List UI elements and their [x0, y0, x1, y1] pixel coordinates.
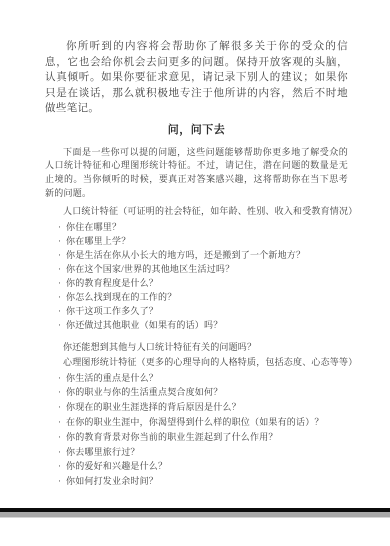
bullet-dot-icon: · [58, 445, 66, 460]
bullet-dot-icon: · [58, 400, 66, 415]
demographics-followup: 你还能想到其他与人口统计特征有关的问题吗？ [63, 341, 348, 354]
intro-paragraph: 你所听到的内容将会帮助你了解很多关于你的受众的信息，它也会给你机会去问更多的问题… [45, 39, 348, 117]
question-item: ·你在这个国家/世界的其他地区生活过吗？ [58, 262, 348, 276]
question-item: ·你的教育背景对你当前的职业生涯起到了什么作用？ [58, 430, 348, 445]
question-item: ·你去哪里旅行过？ [58, 445, 348, 460]
question-item: ·你是生活在你从小长大的地方吗，还是搬到了一个新地方？ [58, 248, 348, 262]
bullet-dot-icon: · [58, 248, 66, 262]
psychographics-question-list: ·你生活的重点是什么？·你的职业与你的生活重点契合度如何？·你现在的职业生涯选择… [45, 371, 348, 489]
question-text: 你住在哪里？ [66, 222, 121, 232]
question-item: ·你的教育程度是什么？ [58, 276, 348, 290]
question-text: 你在这个国家/世界的其他地区生活过吗？ [66, 264, 234, 274]
bullet-dot-icon: · [58, 304, 66, 318]
question-text: 你的职业与你的生活重点契合度如何？ [66, 387, 222, 397]
bullet-dot-icon: · [58, 318, 66, 332]
question-text: 你生活的重点是什么？ [66, 373, 158, 383]
bullet-dot-icon: · [58, 290, 66, 304]
question-item: ·你的职业与你的生活重点契合度如何？ [58, 385, 348, 400]
bullet-dot-icon: · [58, 474, 66, 489]
question-item: ·你的爱好和兴趣是什么？ [58, 459, 348, 474]
question-text: 你的爱好和兴趣是什么？ [66, 461, 167, 471]
question-text: 你在哪里上学？ [66, 236, 130, 246]
question-text: 在你的职业生涯中，你渴望得到什么样的职位（如果有的话）？ [66, 417, 324, 427]
question-text: 你如何打发业余时间？ [66, 476, 158, 486]
bullet-dot-icon: · [58, 220, 66, 234]
bullet-dot-icon: · [58, 459, 66, 474]
question-item: ·在你的职业生涯中，你渴望得到什么样的职位（如果有的话）？ [58, 415, 348, 430]
question-item: ·你现在的职业生涯选择的背后原因是什么？ [58, 400, 348, 415]
question-text: 你去哪里旅行过？ [66, 447, 140, 457]
question-item: ·你干这项工作多久了？ [58, 304, 348, 318]
page-content: 你所听到的内容将会帮助你了解很多关于你的受众的信息，它也会给你机会去问更多的问题… [0, 0, 390, 489]
question-text: 你干这项工作多久了？ [66, 306, 158, 316]
question-item: ·你如何打发业余时间？ [58, 474, 348, 489]
demographics-label: 人口统计特征（可证明的社会特征，如年龄、性别、收入和受教育情况） [63, 205, 348, 218]
question-item: ·你生活的重点是什么？ [58, 371, 348, 386]
question-text: 你怎么找到现在的工作的？ [66, 292, 176, 302]
bullet-dot-icon: · [58, 430, 66, 445]
question-item: ·你还做过其他职业（如果有的话）吗？ [58, 318, 348, 332]
question-item: ·你怎么找到现在的工作的？ [58, 290, 348, 304]
bullet-dot-icon: · [58, 385, 66, 400]
bullet-dot-icon: · [58, 234, 66, 248]
page-bottom-divider [0, 508, 390, 518]
bullet-dot-icon: · [58, 262, 66, 276]
bullet-dot-icon: · [58, 371, 66, 386]
section-intro-paragraph: 下面是一些你可以提的问题，这些问题能够帮助你更多地了解受众的人口统计特征和心理图… [45, 146, 348, 201]
divider-edge-stripe [0, 517, 390, 518]
section-heading: 问，问下去 [45, 124, 348, 137]
bullet-dot-icon: · [58, 276, 66, 290]
question-item: ·你在哪里上学？ [58, 234, 348, 248]
question-text: 你还做过其他职业（如果有的话）吗？ [66, 320, 222, 330]
psychographics-label: 心理图形统计特征（更多的心理导向的人格特质，包括态度、心态等等） [63, 356, 348, 369]
question-text: 你的教育背景对你当前的职业生涯起到了什么作用？ [66, 432, 278, 442]
question-item: ·你住在哪里？ [58, 220, 348, 234]
question-text: 你是生活在你从小长大的地方吗，还是搬到了一个新地方？ [66, 250, 305, 260]
demographics-question-list: ·你住在哪里？·你在哪里上学？·你是生活在你从小长大的地方吗，还是搬到了一个新地… [45, 220, 348, 332]
question-text: 你现在的职业生涯选择的背后原因是什么？ [66, 402, 241, 412]
question-text: 你的教育程度是什么？ [66, 278, 158, 288]
bullet-dot-icon: · [58, 415, 66, 430]
book-page: 你所听到的内容将会帮助你了解很多关于你的受众的信息，它也会给你机会去问更多的问题… [0, 0, 390, 546]
